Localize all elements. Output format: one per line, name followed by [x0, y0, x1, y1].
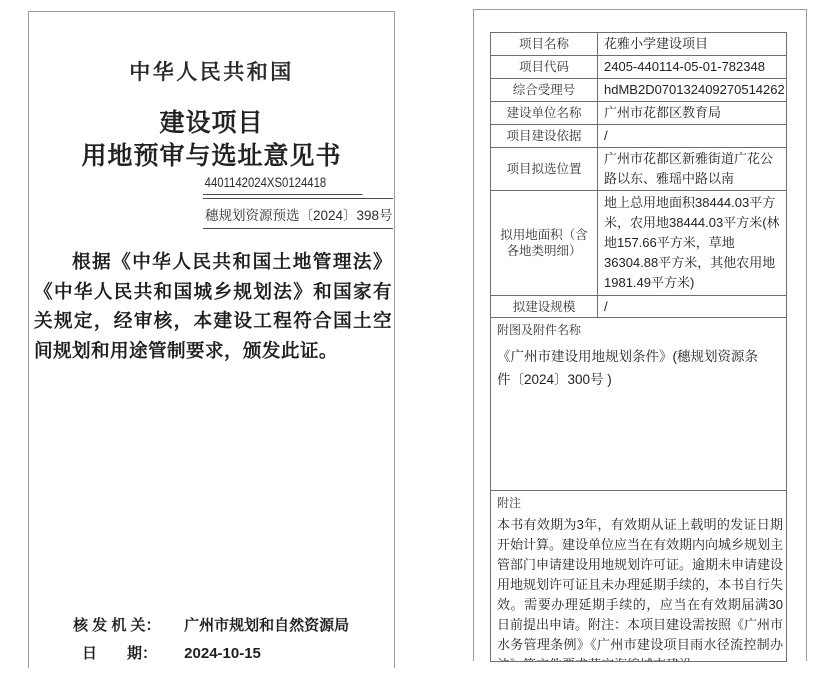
certificate-cover-page: 中华人民共和国 建设项目 用地预审与选址意见书 4401142024XS0124… [28, 11, 395, 668]
row-label: 综合受理号 [491, 79, 598, 101]
serial-number-row: 4401142024XS0124418 [203, 175, 393, 199]
row-label: 项目拟选位置 [491, 148, 598, 190]
country-title: 中华人民共和国 [29, 56, 394, 86]
row-value: / [598, 296, 786, 317]
row-value: / [598, 125, 786, 147]
serial-number: 4401142024XS0124418 [203, 175, 363, 195]
attachments-value: 《广州市建设用地规划条件》(穗规划资源条件〔2024〕300号 ) [497, 345, 765, 391]
row-value: 花雅小学建设项目 [598, 33, 786, 55]
row-label: 建设单位名称 [491, 102, 598, 124]
row-label: 项目名称 [491, 33, 598, 55]
notes-section: 附注 本书有效期为3年，有效期从证上载明的发证日期开始计算。建设单位应当在有效期… [491, 491, 786, 662]
table-row-construction-scale: 拟建设规模 / [491, 296, 786, 318]
doc-number: 穗规划资源预选〔2024〕398号 [203, 199, 393, 229]
project-info-table: 项目名称 花雅小学建设项目 项目代码 2405-440114-05-01-782… [490, 32, 787, 662]
date-row: 日 期： 2024-10-15 [73, 642, 261, 663]
table-row-construction-unit: 建设单位名称 广州市花都区教育局 [491, 102, 786, 125]
notes-label: 附注 [497, 496, 781, 511]
table-row-project-name: 项目名称 花雅小学建设项目 [491, 33, 786, 56]
table-row-project-code: 项目代码 2405-440114-05-01-782348 [491, 56, 786, 79]
issuer-row: 核 发 机 关： 广州市规划和自然资源局 [73, 614, 349, 635]
table-row-land-area: 拟用地面积（含各地类明细） 地上总用地面积38444.03平方米，农用地3844… [491, 191, 786, 296]
attachments-label: 附图及附件名称 [497, 323, 781, 338]
table-row-construction-basis: 项目建设依据 / [491, 125, 786, 148]
table-row-acceptance-number: 综合受理号 hdMB2D070132409270514262 [491, 79, 786, 102]
date-label: 日 期： [73, 642, 180, 663]
attachments-section: 附图及附件名称 《广州市建设用地规划条件》(穗规划资源条件〔2024〕300号 … [491, 318, 786, 491]
row-label: 拟建设规模 [491, 296, 598, 317]
detail-page: 项目名称 花雅小学建设项目 项目代码 2405-440114-05-01-782… [473, 9, 807, 661]
date-value: 2024-10-15 [184, 645, 261, 662]
certificate-title-line2: 用地预审与选址意见书 [29, 136, 394, 172]
row-value: 广州市花都区新雅街道广花公路以东、雅瑶中路以南 [598, 148, 786, 190]
row-value: 2405-440114-05-01-782348 [598, 56, 786, 78]
issuer-label: 核 发 机 关： [73, 614, 180, 635]
row-label: 项目建设依据 [491, 125, 598, 147]
table-row-proposed-location: 项目拟选位置 广州市花都区新雅街道广花公路以东、雅瑶中路以南 [491, 148, 786, 191]
certificate-title-line1: 建设项目 [29, 103, 394, 139]
certificate-statement: 根据《中华人民共和国土地管理法》《中华人民共和国城乡规划法》和国家有关规定，经审… [34, 247, 392, 365]
row-value: 地上总用地面积38444.03平方米，农用地38444.03平方米(林地157.… [598, 191, 786, 295]
document-viewer: 中华人民共和国 建设项目 用地预审与选址意见书 4401142024XS0124… [0, 0, 825, 687]
row-value: 广州市花都区教育局 [598, 102, 786, 124]
row-label: 拟用地面积（含各地类明细） [491, 191, 598, 295]
serial-block: 4401142024XS0124418 穗规划资源预选〔2024〕398号 [203, 175, 393, 229]
notes-value: 本书有效期为3年，有效期从证上载明的发证日期开始计算。建设单位应当在有效期内向城… [497, 515, 783, 662]
row-label: 项目代码 [491, 56, 598, 78]
row-value: hdMB2D070132409270514262 [598, 79, 787, 101]
issuer-value: 广州市规划和自然资源局 [184, 617, 349, 634]
